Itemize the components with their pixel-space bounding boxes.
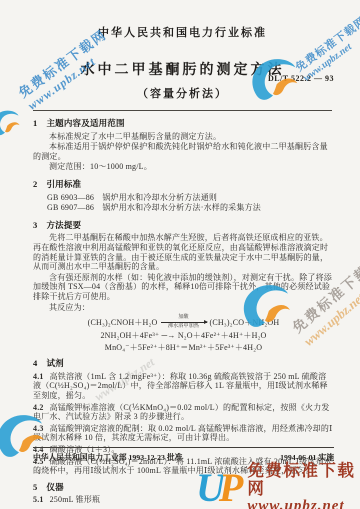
item-number: 4.2 <box>33 403 44 412</box>
upbz-logo-icon <box>0 110 22 137</box>
item-text: 高铁溶液（1mL 含 1.2 mgFe³⁺）：称取 10.36g 硫酸高铁铵溶于… <box>33 372 328 400</box>
instrument-item: 5.1250mL 锥形瓶 <box>33 495 334 505</box>
reagent-item: 4.2高锰酸钾标准溶液（C(⅕KMnO₄)＝0.02 mol/L）的配置和标定，… <box>33 403 334 422</box>
arrow-icon <box>161 322 207 323</box>
item-text: 高锰酸钾标准溶液（C(⅕KMnO₄)＝0.02 mol/L）的配置和标定，按照《… <box>33 403 330 422</box>
section-1-heading: 1主题内容及适用范围 <box>33 119 334 129</box>
item-text: 高锰酸钾滴定溶液的配制：取 0.02 mol/L 高锰酸钾标准溶液，用经煮沸冷却… <box>33 424 332 443</box>
reaction-arrow: 加酸 沸水浴中加热 <box>161 315 207 329</box>
section-title: 仪器 <box>46 482 63 492</box>
standard-number: DL/T 522.2 — 93 <box>268 74 334 83</box>
item-number: 5.1 <box>33 495 44 504</box>
item-number: 4.3 <box>33 424 44 433</box>
footer: 中华人民共和国电力工业部 1993-12-23 批准 1994-06-01 实施 <box>33 452 334 463</box>
title-divider <box>33 110 332 111</box>
implementation-note: 1994-06-01 实施 <box>280 452 334 463</box>
scanned-standard-page: 中华人民共和国电力行业标准 水中二甲基酮肟的测定方法 （容量分析法） DL/T … <box>0 0 360 509</box>
equation-left-side: (CH₃)₂CNOH＋H₂O <box>88 318 158 327</box>
equation-right-side: (CH₃)₂CO＋NH₂OH <box>210 318 280 327</box>
equation-3: MnO₄⁻＋5Fe²⁺＋8H⁺＝Mn²⁺＋5Fe³⁺＋4H₂O <box>33 343 334 353</box>
paragraph: 测定范围：10～1000 mg/L。 <box>33 162 334 172</box>
section-4-heading: 4试剂 <box>33 359 334 369</box>
paragraph: 先将二甲基酮肟在稀酸中加热水解产生羟胺，后者将高铁还原成相应的亚铁。再在酸性溶液… <box>33 233 334 271</box>
item-number: 4.1 <box>33 372 44 381</box>
reference-item: GB 6907—86 锅炉用水和冷却水分析方法·水样的采集方法 <box>47 203 334 213</box>
footer-divider <box>33 447 334 448</box>
arrow-bottom-label: 沸水浴中加热 <box>168 324 199 330</box>
chemical-equations: (CH₃)₂CNOH＋H₂O 加酸 沸水浴中加热 (CH₃)₂CO＋NH₂OH … <box>33 315 334 352</box>
paragraph: 本标准规定了水中二甲基酮肟含量的测定方法。 <box>33 132 334 142</box>
paragraph: 本标准适用于锅炉停炉保护和酸洗钝化时锅炉给水和钝化液中二甲基酮肟含量的测定。 <box>33 142 334 161</box>
section-title: 主题内容及适用范围 <box>46 118 124 128</box>
section-number: 5 <box>33 482 37 492</box>
section-number: 3 <box>33 220 37 230</box>
reagent-item: 4.3高锰酸钾滴定溶液的配制：取 0.02 mol/L 高锰酸钾标准溶液，用经煮… <box>33 424 334 443</box>
item-text: 250mL 锥形瓶 <box>50 495 101 504</box>
arrow-top-label: 加酸 <box>178 315 188 321</box>
paragraph: 其反应为： <box>33 303 334 313</box>
document-body: 1主题内容及适用范围 本标准规定了水中二甲基酮肟含量的测定方法。 本标准适用于锅… <box>33 119 334 507</box>
standard-type-label: 中华人民共和国电力行业标准 <box>33 24 332 40</box>
section-title: 引用标准 <box>46 179 81 189</box>
equation-2: 2NH₂OH＋4Fe³⁺ ─→ N₂O＋4Fe²⁺＋4H⁺＋H₂O <box>33 331 334 341</box>
section-number: 1 <box>33 118 37 128</box>
section-title: 方法提要 <box>46 220 81 230</box>
section-5-heading: 5仪器 <box>33 483 334 493</box>
reference-item: GB 6903—86 锅炉用水和冷却水分析方法通则 <box>47 193 334 203</box>
paragraph: 含有强还原剂的水样（如：钝化液中添加的缓蚀剂），对测定有干扰。除了将添加缓蚀剂 … <box>33 273 334 302</box>
reagent-item: 4.1高铁溶液（1mL 含 1.2 mgFe³⁺）：称取 10.36g 硫酸高铁… <box>33 372 334 401</box>
section-3-heading: 3方法提要 <box>33 221 334 231</box>
approval-note: 中华人民共和国电力工业部 1993-12-23 批准 <box>33 452 182 463</box>
section-2-heading: 2引用标准 <box>33 180 334 190</box>
section-number: 4 <box>33 358 37 368</box>
equation-1: (CH₃)₂CNOH＋H₂O 加酸 沸水浴中加热 (CH₃)₂CO＋NH₂OH <box>33 315 334 329</box>
section-title: 试剂 <box>46 358 63 368</box>
document-subtitle: （容量分析法） <box>33 85 332 101</box>
page-number: 4 <box>37 467 41 476</box>
section-number: 2 <box>33 179 37 189</box>
